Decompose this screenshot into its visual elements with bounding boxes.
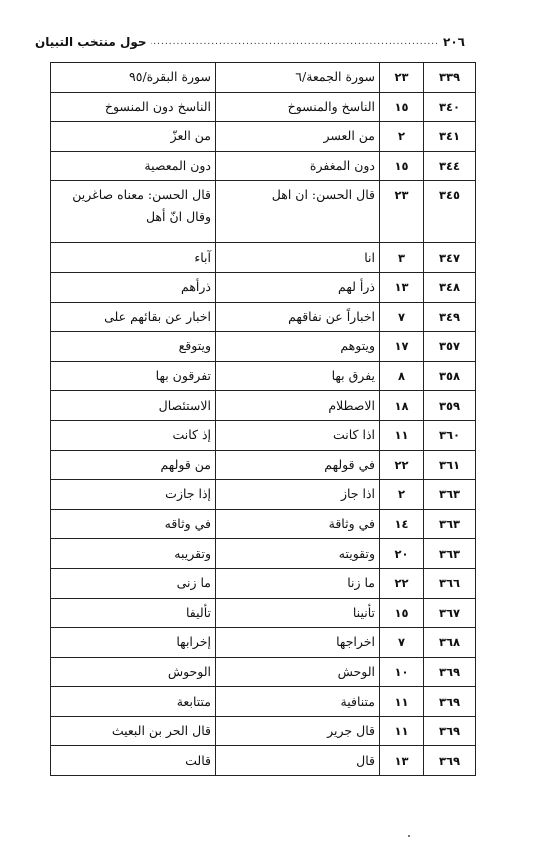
correct-text-cell: قال الحسن: معناه صاغرين وقال انّ أهل bbox=[51, 181, 216, 243]
correct-text-cell: ذرأهم bbox=[51, 272, 216, 302]
line-cell: ١٣ bbox=[380, 272, 424, 302]
wrong-text-cell: متنافية bbox=[216, 687, 380, 717]
wrong-text-cell: اذا جاز bbox=[216, 480, 380, 510]
page-cell: ٣٤١ bbox=[424, 122, 476, 152]
page-cell: ٣٦٧ bbox=[424, 598, 476, 628]
page-cell: ٣٦٨ bbox=[424, 628, 476, 658]
line-cell: ١٧ bbox=[380, 332, 424, 362]
line-cell: ١٥ bbox=[380, 598, 424, 628]
correct-text-cell: إذا جازت bbox=[51, 480, 216, 510]
table-row: ٣٥٩١٨الاصطلامالاستئصال bbox=[51, 391, 476, 421]
correct-text-cell: ويتوقع bbox=[51, 332, 216, 362]
table-row: ٣٤٩٧اخباراً عن نفاقهماخبار عن بقائهم على bbox=[51, 302, 476, 332]
page-cell: ٣٤٤ bbox=[424, 151, 476, 181]
correct-text-cell: قالت bbox=[51, 746, 216, 776]
wrong-text-cell: يفرق بها bbox=[216, 361, 380, 391]
table-row: ٣٦٣١٤في وثاقةفي وثاقه bbox=[51, 509, 476, 539]
line-cell: ١٠ bbox=[380, 657, 424, 687]
correct-text-cell: اخبار عن بقائهم على bbox=[51, 302, 216, 332]
correct-text-cell: الاستئصال bbox=[51, 391, 216, 421]
page-cell: ٣٤٧ bbox=[424, 243, 476, 273]
correct-text-cell: الناسخ دون المنسوخ bbox=[51, 92, 216, 122]
line-cell: ١٥ bbox=[380, 151, 424, 181]
line-cell: ١١ bbox=[380, 420, 424, 450]
correct-text-cell: في وثاقه bbox=[51, 509, 216, 539]
wrong-text-cell: سورة الجمعة/٦ bbox=[216, 63, 380, 93]
page-cell: ٣٦٣ bbox=[424, 509, 476, 539]
wrong-text-cell: ما زنا bbox=[216, 568, 380, 598]
page-cell: ٣٥٩ bbox=[424, 391, 476, 421]
page-cell: ٣٥٧ bbox=[424, 332, 476, 362]
wrong-text-cell: انا bbox=[216, 243, 380, 273]
line-cell: ٢٢ bbox=[380, 450, 424, 480]
page-cell: ٣٦٠ bbox=[424, 420, 476, 450]
correct-text-cell: من قولهم bbox=[51, 450, 216, 480]
correct-text-cell: تفرقون بها bbox=[51, 361, 216, 391]
errata-table-body: ٣٣٩٢٣سورة الجمعة/٦سورة البقرة/٩٥٣٤٠١٥الن… bbox=[51, 63, 476, 776]
wrong-text-cell: وتقويته bbox=[216, 539, 380, 569]
line-cell: ٢٢ bbox=[380, 568, 424, 598]
page-cell: ٣٣٩ bbox=[424, 63, 476, 93]
correct-text-cell: سورة البقرة/٩٥ bbox=[51, 63, 216, 93]
page-cell: ٣٦٩ bbox=[424, 716, 476, 746]
wrong-text-cell: ويتوهم bbox=[216, 332, 380, 362]
line-cell: ١٥ bbox=[380, 92, 424, 122]
wrong-text-cell: الوحش bbox=[216, 657, 380, 687]
table-row: ٣٤٨١٣ذرأ لهمذرأهم bbox=[51, 272, 476, 302]
correct-text-cell: متتابعة bbox=[51, 687, 216, 717]
table-row: ٣٤٤١٥دون المغفرةدون المعصية bbox=[51, 151, 476, 181]
line-cell: ٨ bbox=[380, 361, 424, 391]
table-row: ٣٦٩١١متنافيةمتتابعة bbox=[51, 687, 476, 717]
correct-text-cell: تأليفا bbox=[51, 598, 216, 628]
page-cell: ٣٦٣ bbox=[424, 539, 476, 569]
correct-text-cell: ما زنى bbox=[51, 568, 216, 598]
table-row: ٣٦٧١٥تأنيناتأليفا bbox=[51, 598, 476, 628]
wrong-text-cell: في قولهم bbox=[216, 450, 380, 480]
wrong-text-cell: اذا كانت bbox=[216, 420, 380, 450]
wrong-text-cell: الناسخ والمنسوخ bbox=[216, 92, 380, 122]
table-row: ٣٦٣٢اذا جازإذا جازت bbox=[51, 480, 476, 510]
page-cell: ٣٤٠ bbox=[424, 92, 476, 122]
line-cell: ٧ bbox=[380, 302, 424, 332]
table-row: ٣٤١٢من العسرمن العزّ bbox=[51, 122, 476, 152]
table-row: ٣٥٧١٧ويتوهمويتوقع bbox=[51, 332, 476, 362]
correct-text-cell: من العزّ bbox=[51, 122, 216, 152]
table-row: ٣٦٦٢٢ما زناما زنى bbox=[51, 568, 476, 598]
line-cell: ١١ bbox=[380, 687, 424, 717]
table-row: ٣٦٩١١قال جريرقال الحر بن البعيث bbox=[51, 716, 476, 746]
line-cell: ١١ bbox=[380, 716, 424, 746]
line-cell: ١٤ bbox=[380, 509, 424, 539]
wrong-text-cell: اخباراً عن نفاقهم bbox=[216, 302, 380, 332]
table-row: ٣٤٠١٥الناسخ والمنسوخالناسخ دون المنسوخ bbox=[51, 92, 476, 122]
line-cell: ٣ bbox=[380, 243, 424, 273]
correct-text-cell: إخرابها bbox=[51, 628, 216, 658]
table-row: ٣٦٨٧اخراجهاإخرابها bbox=[51, 628, 476, 658]
correct-text-cell: وتقريبه bbox=[51, 539, 216, 569]
line-cell: ٧ bbox=[380, 628, 424, 658]
correct-text-cell: آباء bbox=[51, 243, 216, 273]
wrong-text-cell: من العسر bbox=[216, 122, 380, 152]
line-cell: ١٨ bbox=[380, 391, 424, 421]
leader-dots: ........................................… bbox=[151, 37, 439, 47]
wrong-text-cell: في وثاقة bbox=[216, 509, 380, 539]
page-cell: ٣٦٦ bbox=[424, 568, 476, 598]
table-row: ٣٦١٢٢في قولهممن قولهم bbox=[51, 450, 476, 480]
line-cell: ٢ bbox=[380, 122, 424, 152]
page-cell: ٣٤٥ bbox=[424, 181, 476, 243]
running-header: ٢٠٦ ....................................… bbox=[35, 33, 465, 51]
table-row: ٣٦٠١١اذا كانتإذ كانت bbox=[51, 420, 476, 450]
correct-text-cell: قال الحر بن البعيث bbox=[51, 716, 216, 746]
page-cell: ٣٦٩ bbox=[424, 746, 476, 776]
line-cell: ٢٠ bbox=[380, 539, 424, 569]
wrong-text-cell: اخراجها bbox=[216, 628, 380, 658]
line-cell: ١٣ bbox=[380, 746, 424, 776]
correct-text-cell: إذ كانت bbox=[51, 420, 216, 450]
wrong-text-cell: قال bbox=[216, 746, 380, 776]
scan-speck bbox=[408, 835, 410, 837]
errata-table: ٣٣٩٢٣سورة الجمعة/٦سورة البقرة/٩٥٣٤٠١٥الن… bbox=[50, 62, 476, 776]
correct-text-cell: دون المعصية bbox=[51, 151, 216, 181]
book-title: حول منتخب التبيان bbox=[35, 35, 147, 49]
table-row: ٣٦٩١٠الوحشالوحوش bbox=[51, 657, 476, 687]
page-cell: ٣٤٨ bbox=[424, 272, 476, 302]
wrong-text-cell: الاصطلام bbox=[216, 391, 380, 421]
page-number: ٢٠٦ bbox=[443, 35, 465, 49]
wrong-text-cell: قال جرير bbox=[216, 716, 380, 746]
table-row: ٣٥٨٨يفرق بهاتفرقون بها bbox=[51, 361, 476, 391]
wrong-text-cell: دون المغفرة bbox=[216, 151, 380, 181]
table-row: ٣٤٧٣اناآباء bbox=[51, 243, 476, 273]
wrong-text-cell: قال الحسن: ان اهل bbox=[216, 181, 380, 243]
page-cell: ٣٦٩ bbox=[424, 687, 476, 717]
page-cell: ٣٦٩ bbox=[424, 657, 476, 687]
table-row: ٣٣٩٢٣سورة الجمعة/٦سورة البقرة/٩٥ bbox=[51, 63, 476, 93]
wrong-text-cell: تأنينا bbox=[216, 598, 380, 628]
line-cell: ٢٣ bbox=[380, 63, 424, 93]
correct-text-cell: الوحوش bbox=[51, 657, 216, 687]
line-cell: ٢ bbox=[380, 480, 424, 510]
page-cell: ٣٤٩ bbox=[424, 302, 476, 332]
page-cell: ٣٦٣ bbox=[424, 480, 476, 510]
table-row: ٣٦٩١٣قالقالت bbox=[51, 746, 476, 776]
page-cell: ٣٥٨ bbox=[424, 361, 476, 391]
table-row: ٣٦٣٢٠وتقويتهوتقريبه bbox=[51, 539, 476, 569]
wrong-text-cell: ذرأ لهم bbox=[216, 272, 380, 302]
line-cell: ٢٣ bbox=[380, 181, 424, 243]
page-cell: ٣٦١ bbox=[424, 450, 476, 480]
table-row: ٣٤٥٢٣قال الحسن: ان اهلقال الحسن: معناه ص… bbox=[51, 181, 476, 243]
